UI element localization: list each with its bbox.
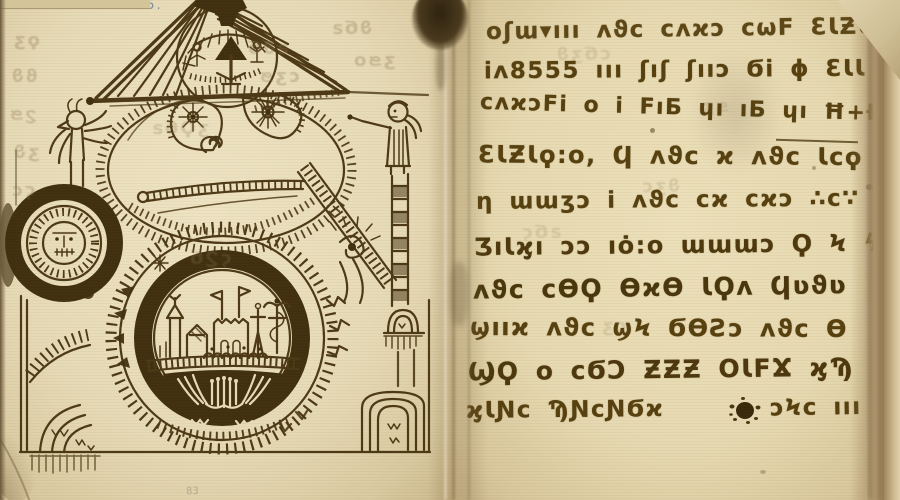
script-line: ƞ ɯɯʒɔ i ʌϑϲ ϲϰ ϲϰɔ ∴ϲ∵ ɥı· <box>476 185 900 215</box>
corner-sunburst <box>30 335 90 382</box>
arch-ornament-small <box>384 310 424 386</box>
gutter-crease <box>452 0 455 500</box>
bleedthrough-text: ʒϑ <box>12 142 39 163</box>
bleedthrough-text: ϲʒϧ <box>258 66 300 87</box>
bleedthrough-text: ϩϧ <box>8 104 37 125</box>
diagonal-hatch-band <box>298 163 396 288</box>
city-skyline <box>160 287 290 358</box>
script-line: ƐƖƵƖϙ:o, Ϥ ʌϑϲ ϰ ʌϑϲ Ɩϲϙ ʌϑϲ· <box>478 140 900 171</box>
corner-arch-left <box>30 405 100 473</box>
standing-figure <box>347 101 421 174</box>
bleedthrough-text: ϐϑ <box>10 66 38 87</box>
bleedthrough-text: ϙʒ <box>12 30 40 51</box>
sun-face-disk-icon <box>0 192 115 299</box>
ink-blot-sun <box>736 402 754 419</box>
manuscript-photo: ϙʒ ϐϑ ϩϧ ʒϑ ϛϲ ƨϑϬ ϲʒϧ ʒϘϬƨ ϛϨϬ ϑϬƨ ʒϧo … <box>0 0 900 500</box>
script-line: ʌϑϲ ϲϴϘ ϴϰϴ ƖϘʌ Ϥʋϑʋ <box>473 270 847 304</box>
script-line: ϗƖƝϲ ϠƝϲƝϬϰ <box>466 396 664 424</box>
corner-arch-right <box>362 392 424 452</box>
bleedthrough-text: ʒϘϬƨ <box>150 118 209 139</box>
script-line: ϣııϰ ʌϑϲ ϣϞ ϬϴƧɔ ʌϑϲ ϴ <box>470 313 848 343</box>
bleedthrough-text: ϑϬƨ <box>330 18 372 39</box>
photo-left-edge <box>0 0 6 500</box>
mouth-banner <box>138 181 305 213</box>
bird-herald-figure <box>50 99 111 186</box>
script-line: ƷıƖϗı ɔɔ ıȯ:o ɯɯɯɔ Ϙ Ϟ ϟ <box>474 229 881 261</box>
bleedthrough-text: ϛϲ <box>10 180 35 201</box>
ladder-column <box>392 174 408 306</box>
bleedthrough-text: ϛϨϬ <box>188 248 231 269</box>
folio-number-bottom: 83 <box>186 486 199 497</box>
gutter-crease <box>444 0 447 500</box>
bleedthrough-text: ʒϧo <box>352 50 395 71</box>
script-line: ϢϘ o ϲϬƆ ƵƵƵ ΟƖϜϪ ϗϠ <box>468 353 854 387</box>
bleedthrough-text: ƨϑϬ <box>246 38 288 59</box>
gutter-crease <box>468 0 470 500</box>
page-top-edge <box>0 0 150 9</box>
page-edge-streak <box>879 30 881 500</box>
script-line: iʌ8555 ııı ʃıʃ ʃııɔ Ϭi ϕ ƐƖƖ <box>484 56 866 85</box>
page-edge-streak <box>868 0 872 500</box>
